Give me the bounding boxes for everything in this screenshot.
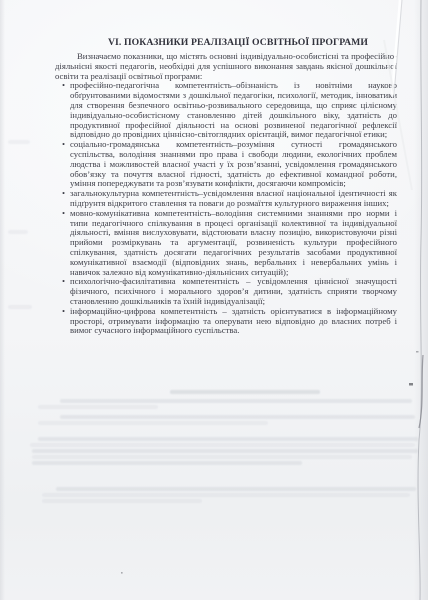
list-item-social-civic: соціально-громадянська компетентність–ро… xyxy=(70,140,397,189)
list-item-professional-pedagogical: професійно-педагогічна компетентність–об… xyxy=(70,81,397,140)
ink-speck xyxy=(409,383,413,386)
bleed-through-line xyxy=(30,443,415,447)
document-content: VI. ПОКАЗНИКИ РЕАЛІЗАЦІЇ ОСВІТНЬОЇ ПРОГР… xyxy=(55,37,397,336)
intro-paragraph: Визначаємо показники, що містять основні… xyxy=(55,52,397,81)
page-title: VI. ПОКАЗНИКИ РЕАЛІЗАЦІЇ ОСВІТНЬОЇ ПРОГР… xyxy=(79,37,397,49)
bleed-through-line xyxy=(42,499,202,503)
ink-speck xyxy=(416,351,419,353)
bleed-through-line xyxy=(42,493,410,497)
competency-list: професійно-педагогічна компетентність–об… xyxy=(55,81,397,336)
bleed-through-line xyxy=(38,421,268,425)
bleed-through-line xyxy=(60,399,412,403)
bleed-through-line xyxy=(38,405,158,409)
bleed-through-line xyxy=(32,461,302,465)
list-item-general-cultural: загальнокультурна компетентність–усвідом… xyxy=(70,189,397,209)
bleed-through-line xyxy=(60,415,415,419)
scanned-document-page: VI. ПОКАЗНИКИ РЕАЛІЗАЦІЇ ОСВІТНЬОЇ ПРОГР… xyxy=(0,0,428,600)
page-edge-line xyxy=(418,0,422,600)
page-edge-dark-segment xyxy=(419,355,423,428)
list-item-psychological-facilitative: психологічно-фасилітативна компетентніст… xyxy=(70,277,397,306)
bleed-through-line xyxy=(32,455,412,459)
list-item-information-digital: інформаційно-цифрова компетентність – зд… xyxy=(70,307,397,336)
ink-speck xyxy=(121,572,123,574)
bleed-through-line xyxy=(32,449,418,453)
bleed-through-smudge xyxy=(8,230,28,234)
bleed-through-line xyxy=(38,437,418,441)
bleed-through-line xyxy=(170,390,320,394)
bleed-through-smudge xyxy=(8,140,30,144)
bleed-through-line xyxy=(56,487,416,491)
bleed-through-smudge xyxy=(8,305,32,309)
list-item-language-communicative: мовно-комунікативна компетентність–волод… xyxy=(70,209,397,278)
